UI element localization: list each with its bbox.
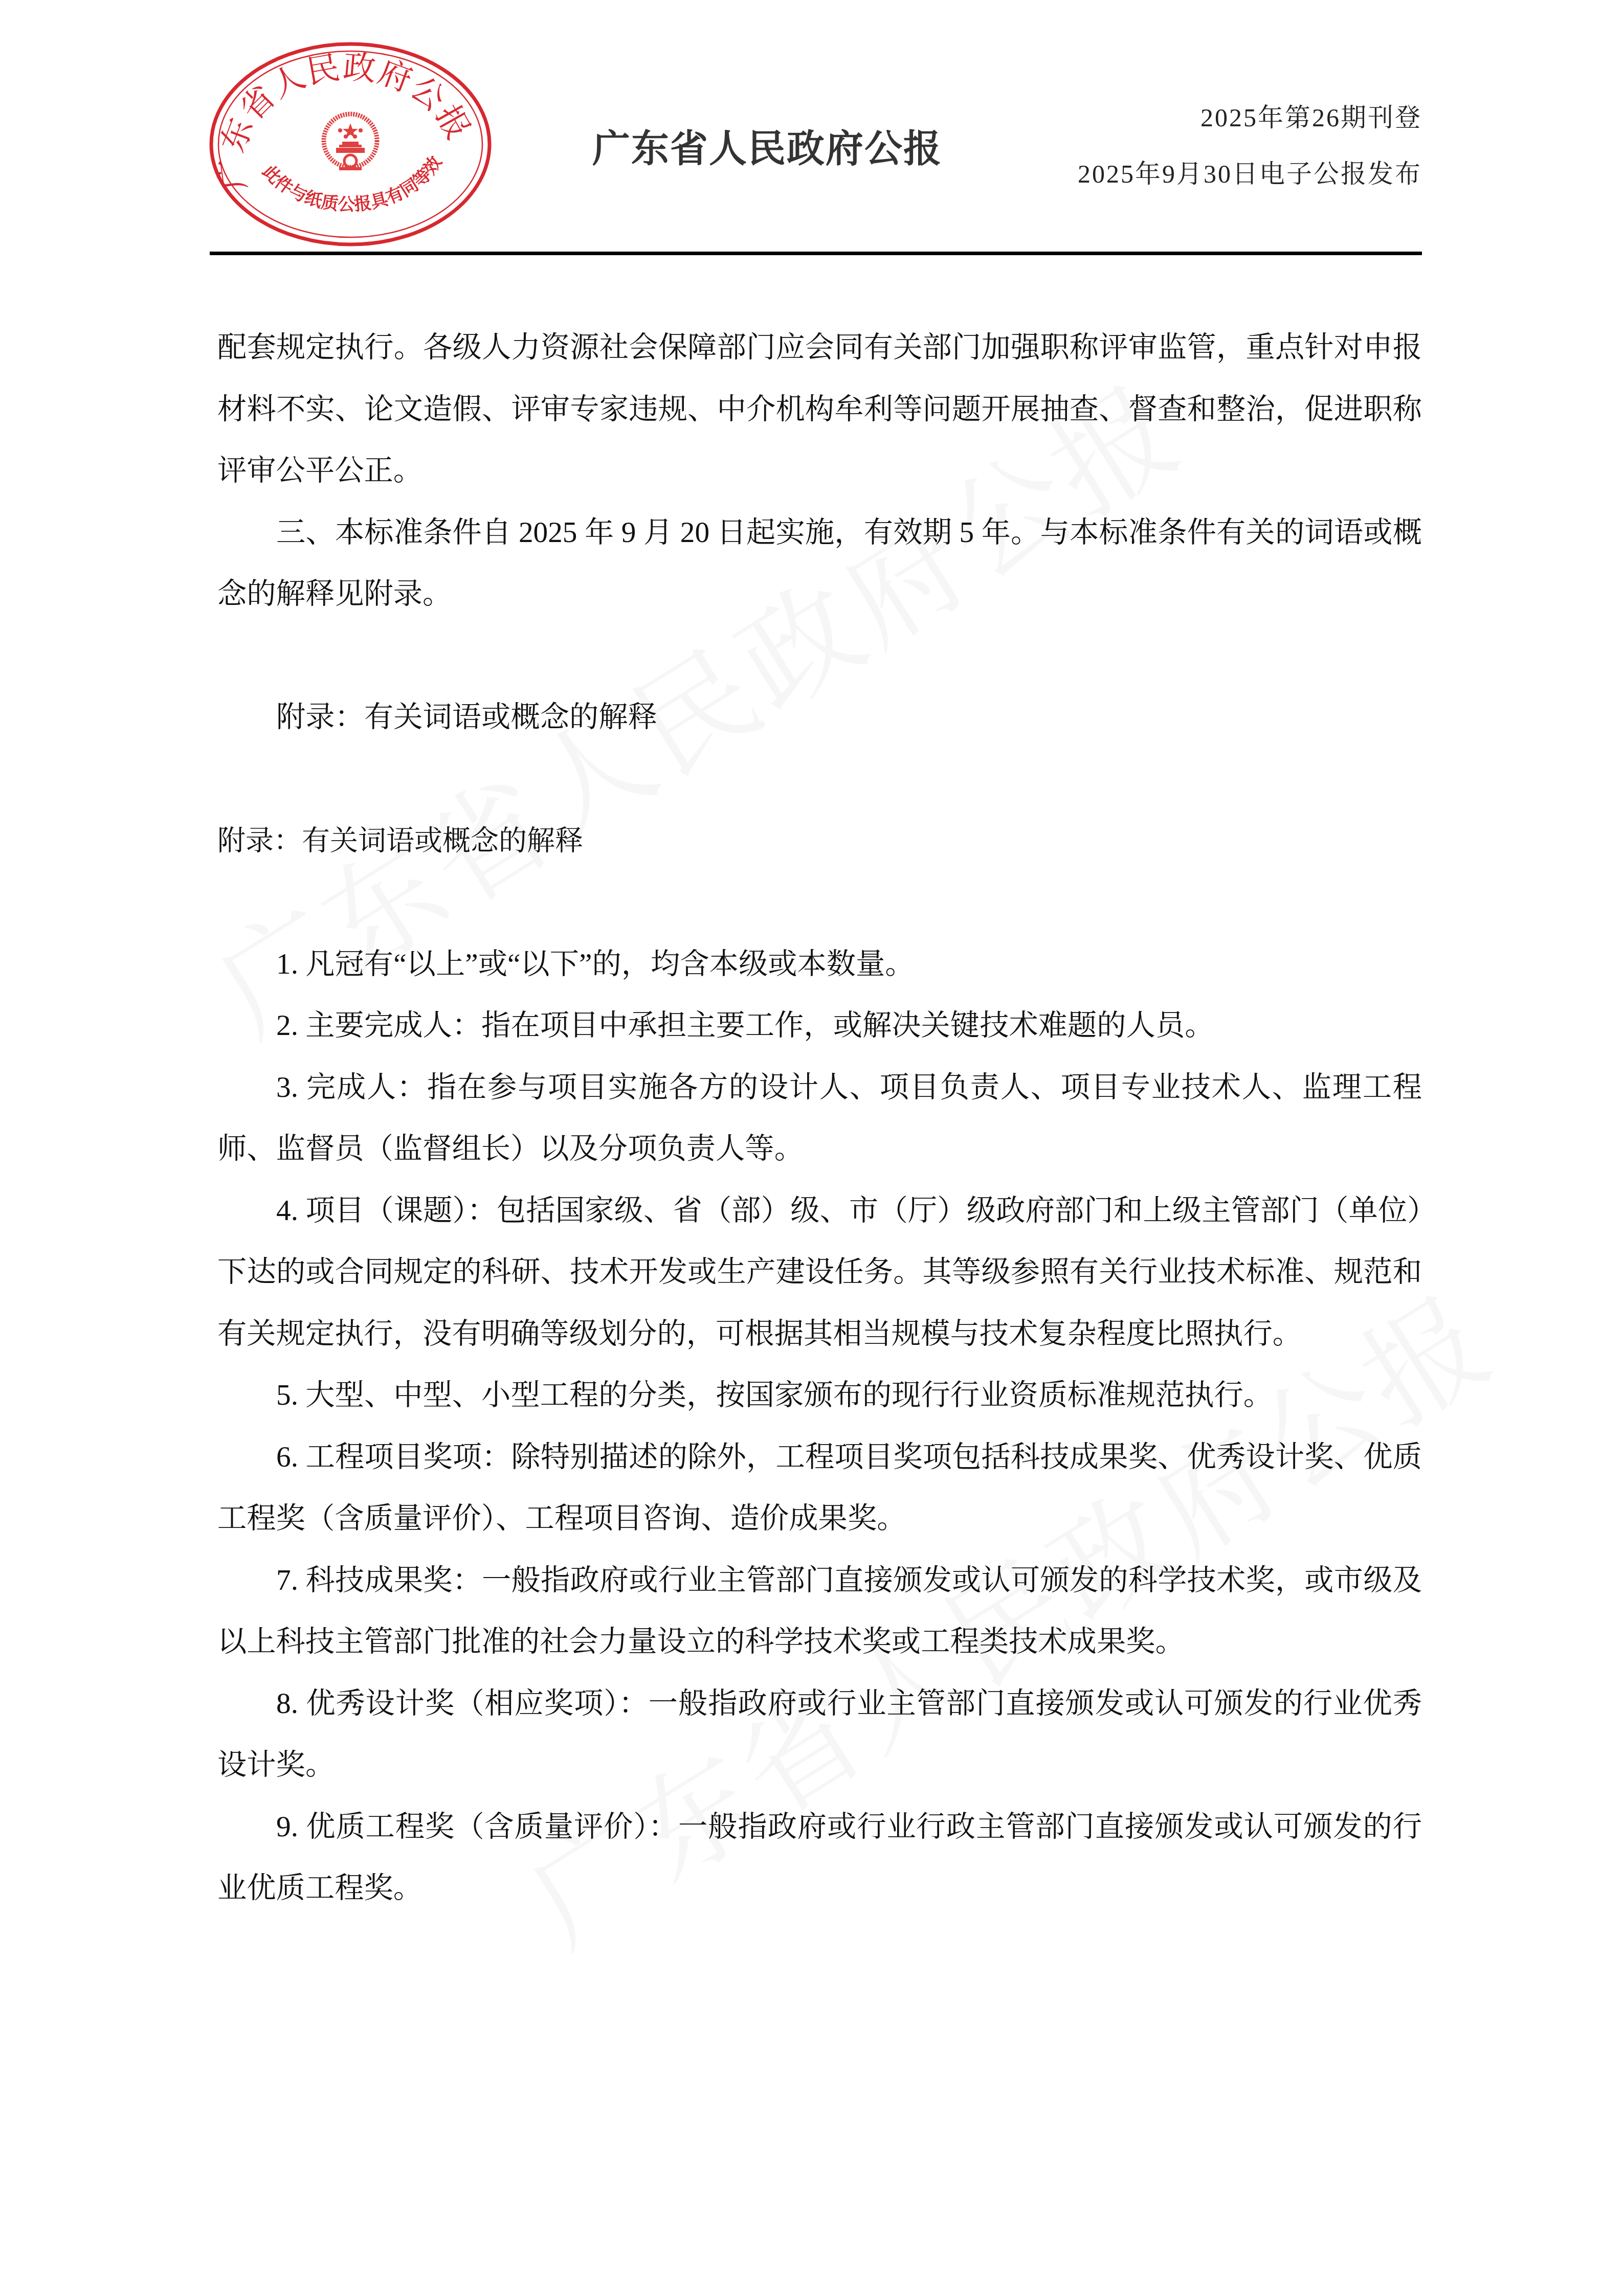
appendix-heading: 附录：有关词语或概念的解释 [217,809,1422,871]
continuation-paragraph: 配套规定执行。各级人力资源社会保障部门应会同有关部门加强职称评审监管，重点针对申… [217,317,1422,502]
section-three: 三、本标准条件自 2025 年 9 月 20 日起实施，有效期 5 年。与本标准… [217,502,1422,625]
publish-date: 2025年9月30日电子公报发布 [1078,153,1422,190]
definition-item: 4. 项目（课题）：包括国家级、省（部）级、市（厅）级政府部门和上级主管部门（单… [217,1180,1422,1365]
definition-item: 7. 科技成果奖：一般指政府或行业主管部门直接颁发或认可颁发的科学技术奖，或市级… [217,1550,1422,1673]
national-emblem-icon [324,114,377,170]
document-body: 配套规定执行。各级人力资源社会保障部门应会同有关部门加强职称评审监管，重点针对申… [217,317,1422,1920]
header-divider [210,252,1422,255]
masthead-title: 广东省人民政府公报 [563,119,972,173]
definition-item: 1. 凡冠有“以上”或“以下”的，均含本级或本数量。 [217,934,1422,996]
definition-item: 3. 完成人：指在参与项目实施各方的设计人、项目负责人、项目专业技术人、监理工程… [217,1057,1422,1180]
definition-item: 5. 大型、中型、小型工程的分类，按国家颁布的现行行业资质标准规范执行。 [217,1365,1422,1427]
official-seal: 广东省人民政府公报 此件与纸质公报具有同等效力 [207,41,494,248]
issue-number: 2025年第26期刊登 [1200,97,1422,134]
definition-item: 6. 工程项目奖项：除特别描述的除外，工程项目奖项包括科技成果奖、优秀设计奖、优… [217,1427,1422,1550]
definition-item: 2. 主要完成人：指在项目中承担主要工作，或解决关键技术难题的人员。 [217,995,1422,1057]
definition-item: 8. 优秀设计奖（相应奖项）：一般指政府或行业主管部门直接颁发或认可颁发的行业优… [217,1673,1422,1796]
appendix-reference: 附录：有关词语或概念的解释 [217,687,1422,749]
definition-item: 9. 优质工程奖（含质量评价）：一般指政府或行业行政主管部门直接颁发或认可颁发的… [217,1796,1422,1920]
